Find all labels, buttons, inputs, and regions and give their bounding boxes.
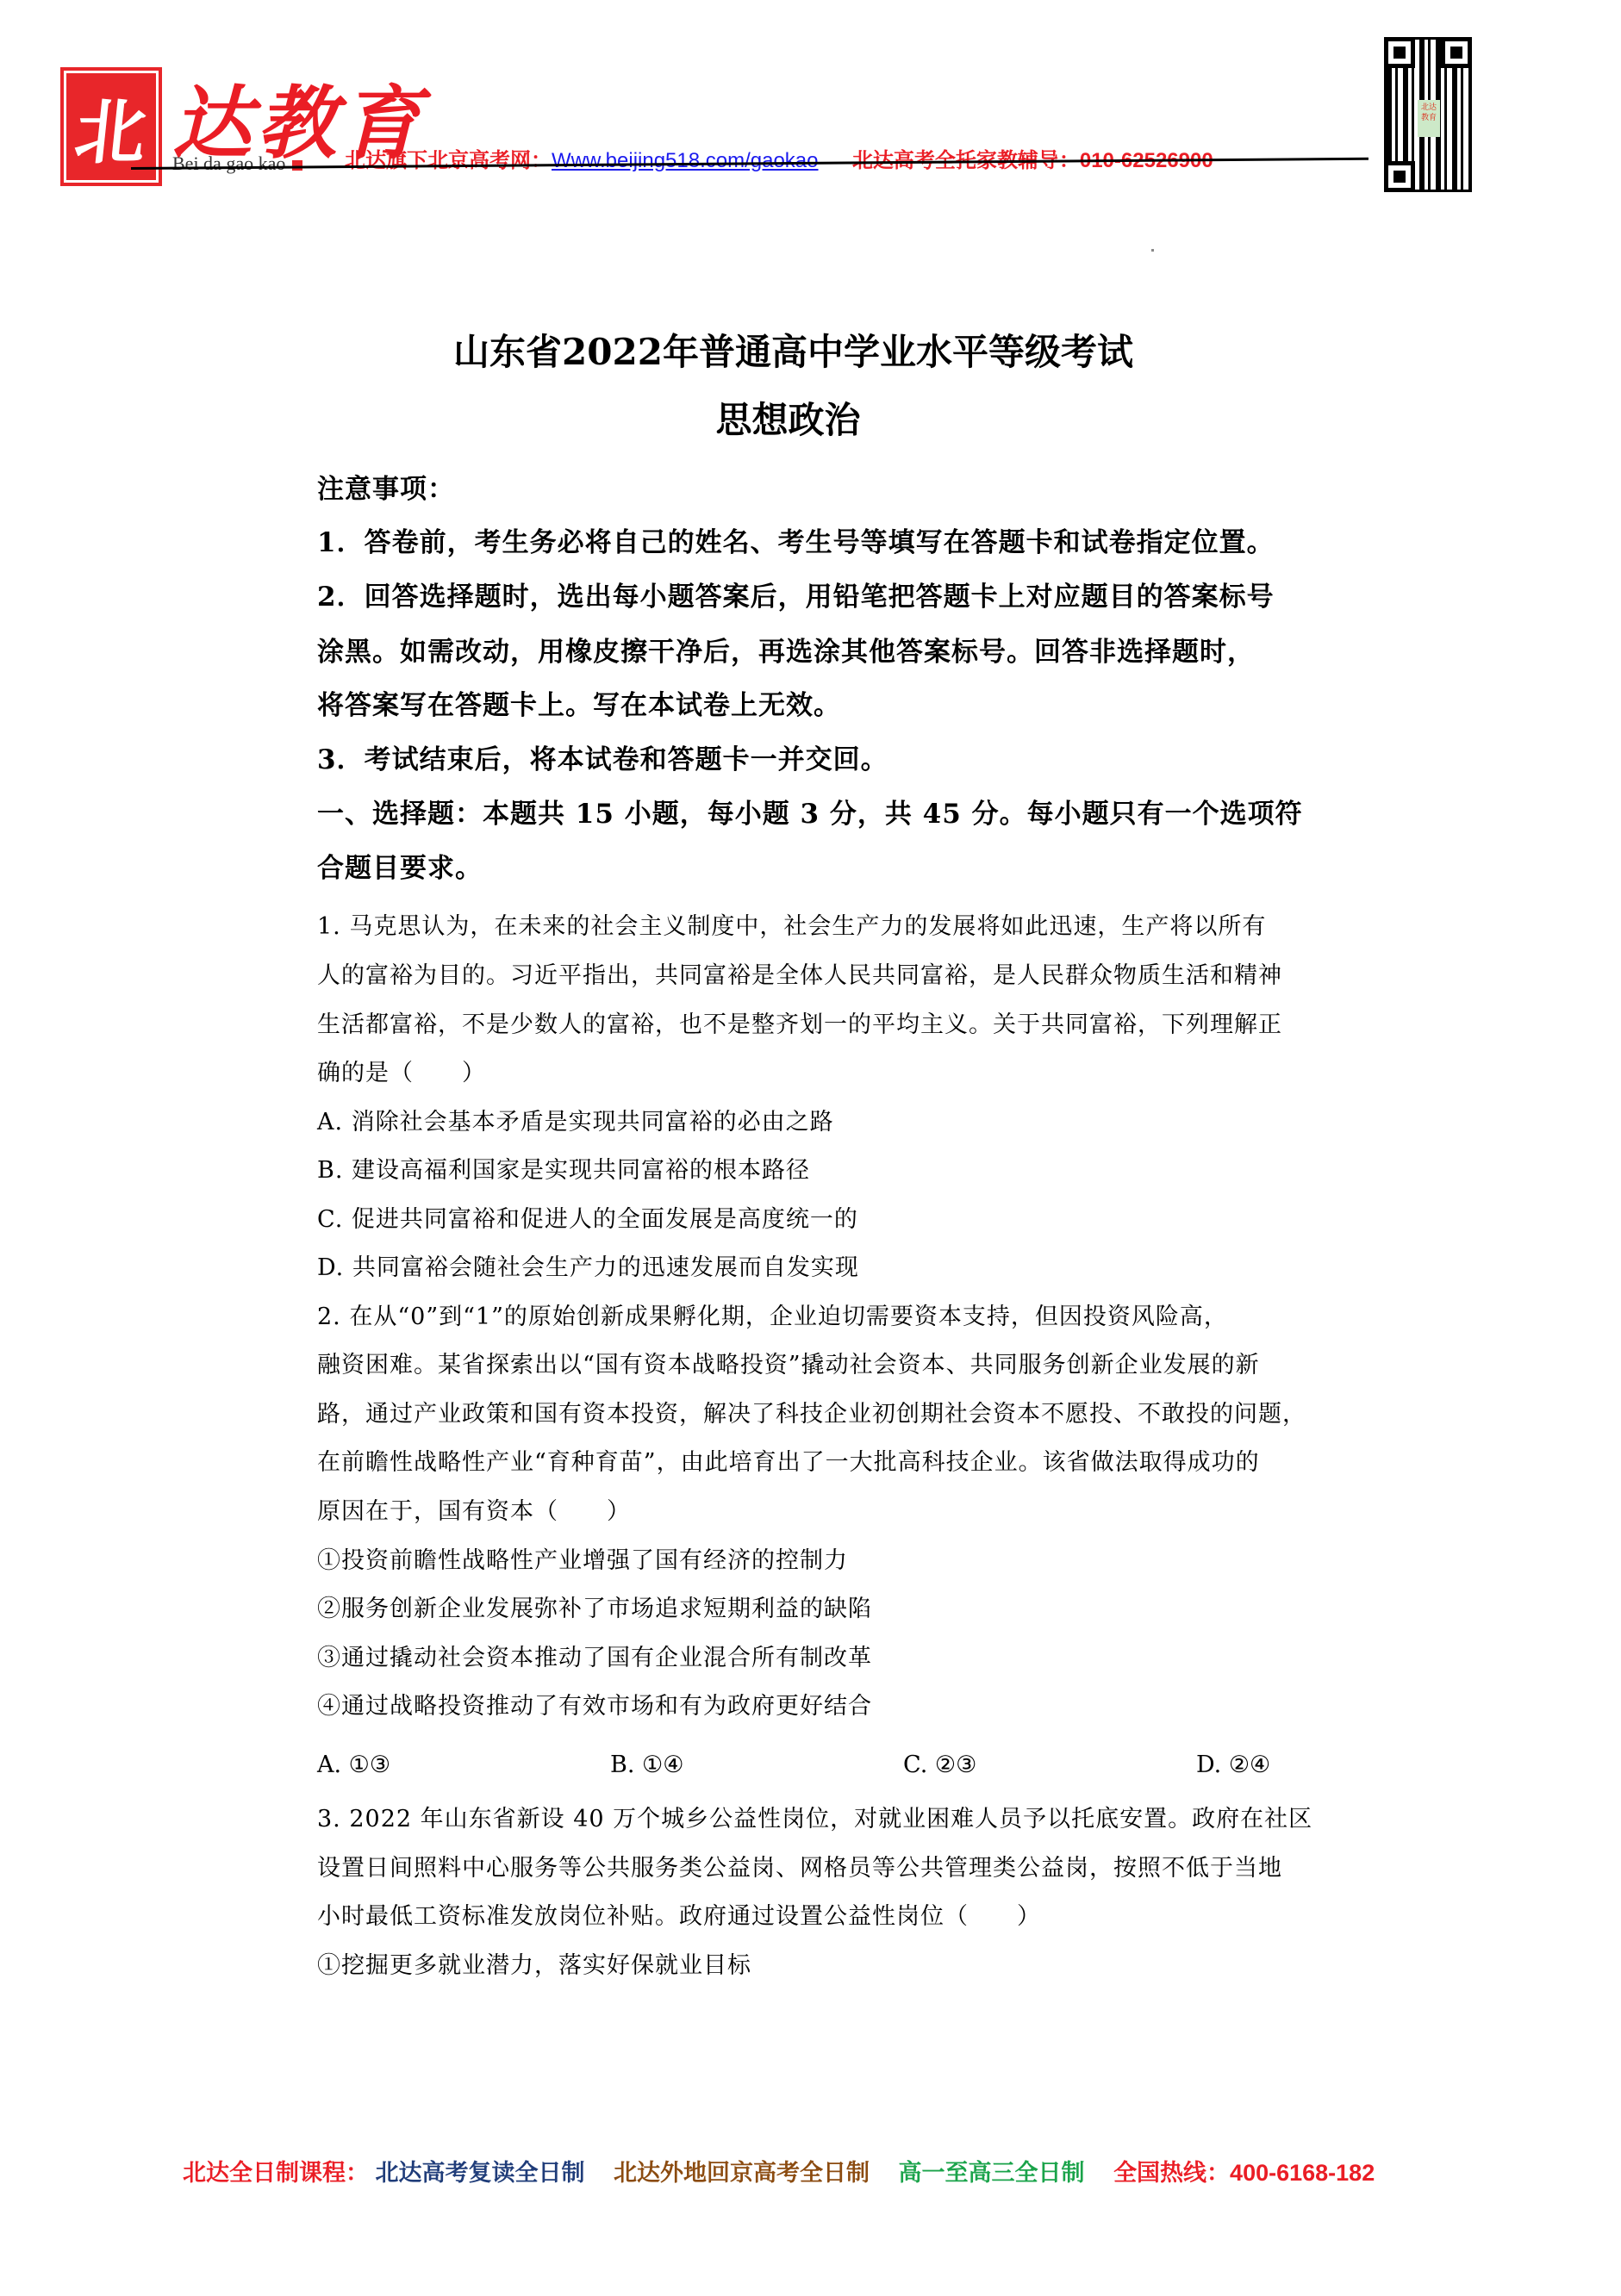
question-1-stem: 人的富裕为目的。习近平指出，共同富裕是全体人民共同富裕，是人民群众物质生活和精神: [317, 956, 1282, 990]
question-2-stem: 原因在于，国有资本（ ）: [317, 1492, 631, 1526]
question-1-option-d: D. 共同富裕会随社会生产力的迅速发展而自发实现: [317, 1248, 859, 1282]
site-label: 北达旗下北京高考网：: [345, 149, 552, 172]
notice-item: 将答案写在答题卡上。写在本试卷上无效。: [317, 683, 841, 722]
footer-banner: 北达全日制课程： 北达高考复读全日制 北达外地回京高考全日制 高一至高三全日制 …: [183, 2154, 1397, 2187]
header-info-line: 北达旗下北京高考网：Www.beijing518.com/gaokao 北达高考…: [345, 143, 1213, 173]
scan-speck: [1151, 249, 1154, 252]
site-link[interactable]: Www.beijing518.com/gaokao: [552, 149, 819, 172]
question-3-stem: 设置日间照料中心服务等公共服务类公益岗、网格员等公共管理类公益岗，按照不低于当地: [317, 1849, 1282, 1882]
question-2-option-b: B. ①④: [610, 1752, 683, 1778]
section-heading: 一、选择题：本题共 15 小题，每小题 3 分，共 45 分。每小题只有一个选项…: [317, 792, 1303, 831]
notice-item: 2．回答选择题时，选出每小题答案后，用铅笔把答题卡上对应题目的答案标号: [317, 575, 1275, 613]
question-1-option-b: B. 建设高福利国家是实现共同富裕的根本路径: [317, 1151, 810, 1185]
notice-item: 3．考试结束后，将本试卷和答题卡一并交回。: [317, 737, 888, 776]
question-2-statement: ④通过战略投资推动了有效市场和有为政府更好结合: [317, 1687, 872, 1720]
question-3-stem: 3. 2022 年山东省新设 40 万个城乡公益性岗位，对就业困难人员予以托底安…: [317, 1800, 1312, 1833]
question-1-stem: 确的是（ ）: [317, 1054, 486, 1087]
question-2-statement: ③通过撬动社会资本推动了国有企业混合所有制改革: [317, 1639, 872, 1672]
question-2-stem: 2. 在从“0”到“1”的原始创新成果孵化期，企业迫切需要资本支持，但因投资风险…: [317, 1297, 1228, 1331]
question-2-statement: ①投资前瞻性战略性产业增强了国有经济的控制力: [317, 1541, 848, 1575]
question-2-option-c: C. ②③: [903, 1752, 976, 1778]
logo-char: 北: [71, 77, 152, 177]
question-2-statement: ②服务创新企业发展弥补了市场追求短期利益的缺陷: [317, 1590, 872, 1623]
question-1-option-a: A. 消除社会基本矛盾是实现共同富裕的必由之路: [317, 1103, 834, 1136]
footer-hotline: 全国热线：400-6168-182: [1113, 2160, 1375, 2186]
question-3-stem: 小时最低工资标准发放岗位补贴。政府通过设置公益性岗位（ ）: [317, 1897, 1041, 1931]
question-2-stem: 融资困难。某省探索出以“国有资本战略投资”撬动社会资本、共同服务创新企业发展的新: [317, 1346, 1260, 1379]
footer-course-2: 北达外地回京高考全日制: [614, 2160, 870, 2186]
subject-title: 思想政治: [0, 392, 1599, 444]
footer-course-1: 北达高考复读全日制: [376, 2160, 585, 2186]
question-2-option-a: A. ①③: [317, 1752, 390, 1778]
qr-code-icon: 北达教育: [1384, 37, 1472, 192]
exam-title: 山东省2022年普通高中学业水平等级考试: [0, 324, 1604, 376]
question-1-option-c: C. 促进共同富裕和促进人的全面发展是高度统一的: [317, 1200, 858, 1234]
notice-item: 1．答卷前，考生务必将自己的姓名、考生号等填写在答题卡和试卷指定位置。: [317, 520, 1275, 559]
notice-item: 涂黑。如需改动，用橡皮擦干净后，再选涂其他答案标号。回答非选择题时，: [317, 630, 1255, 669]
question-3-statement: ①挖掘更多就业潜力，落实好保就业目标: [317, 1946, 751, 1980]
question-1-stem: 1. 马克思认为，在未来的社会主义制度中，社会生产力的发展将如此迅速，生产将以所…: [317, 907, 1266, 941]
section-heading-cont: 合题目要求。: [317, 846, 483, 885]
question-1-stem: 生活都富裕，不是少数人的富裕，也不是整齐划一的平均主义。关于共同富裕，下列理解正: [317, 1005, 1282, 1039]
footer-course-3: 高一至高三全日制: [899, 2160, 1085, 2186]
question-2-stem: 在前瞻性战略性产业“育种育苗”，由此培育出了一大批高科技企业。该省做法取得成功的: [317, 1443, 1260, 1477]
question-2-option-d: D. ②④: [1196, 1752, 1270, 1778]
notice-heading: 注意事项：: [317, 467, 455, 506]
logo-subtitle: Bei da gao kao: [172, 152, 302, 175]
footer-label: 北达全日制课程：: [183, 2160, 369, 2186]
question-2-stem: 路，通过产业政策和国有资本投资，解决了科技企业初创期社会资本不愿投、不敢投的问题…: [317, 1395, 1306, 1428]
qr-center-logo: 北达教育: [1418, 100, 1440, 137]
